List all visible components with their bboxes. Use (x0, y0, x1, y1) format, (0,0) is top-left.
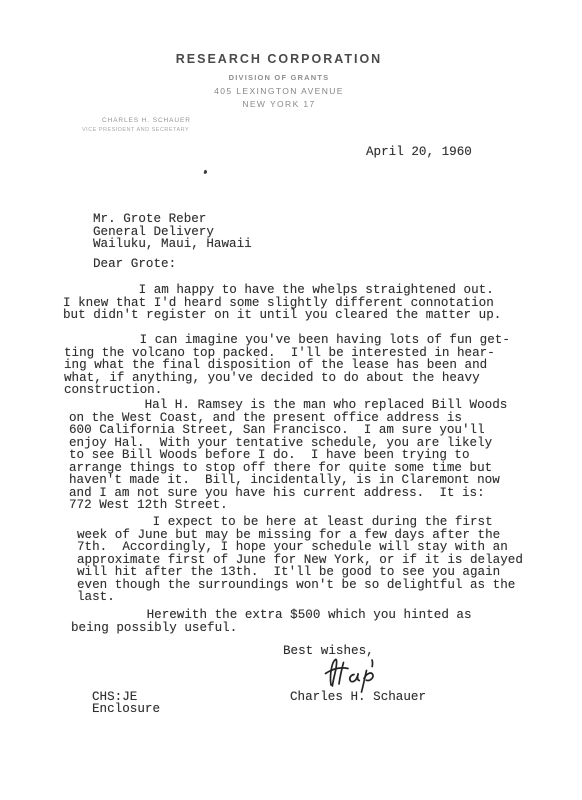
letter-paragraph: Hal H. Ramsey is the man who replaced Bi… (69, 399, 507, 512)
ink-mark (203, 170, 207, 175)
signature-ink (326, 668, 349, 674)
signature-ink (362, 671, 367, 693)
letter-page: RESEARCH CORPORATION DIVISION OF GRANTS … (0, 0, 582, 800)
signature-ink (331, 659, 337, 686)
company-name: RESEARCH CORPORATION (0, 52, 558, 66)
letter-paragraph: I can imagine you've been having lots of… (64, 334, 510, 397)
signature-ink (339, 663, 344, 685)
officer-name: CHARLES H. SCHAUER (82, 117, 191, 124)
city-line: NEW YORK 17 (0, 99, 558, 109)
signed-name: Charles H. Schauer (290, 691, 426, 704)
signature-ink (372, 660, 373, 667)
recipient-address: Mr. Grote Reber General Delivery Wailuku… (93, 213, 252, 251)
signature-handwriting (322, 655, 384, 693)
street-address-line: 405 LEXINGTON AVENUE (0, 86, 558, 96)
enclosure-note: Enclosure (92, 703, 160, 716)
officer-title: VICE PRESIDENT AND SECRETARY (82, 127, 191, 133)
division-line: DIVISION OF GRANTS (0, 73, 558, 82)
letterhead: RESEARCH CORPORATION DIVISION OF GRANTS … (0, 52, 558, 109)
signature-ink (350, 674, 360, 682)
date-line: April 20, 1960 (366, 146, 472, 159)
letter-paragraph: Herewith the extra $500 which you hinted… (71, 609, 472, 634)
letter-paragraph: I expect to be here at least during the … (77, 516, 523, 604)
letter-paragraph: I am happy to have the whelps straighten… (63, 284, 501, 322)
salutation: Dear Grote: (93, 258, 176, 271)
officer-block: CHARLES H. SCHAUER VICE PRESIDENT AND SE… (82, 117, 191, 133)
